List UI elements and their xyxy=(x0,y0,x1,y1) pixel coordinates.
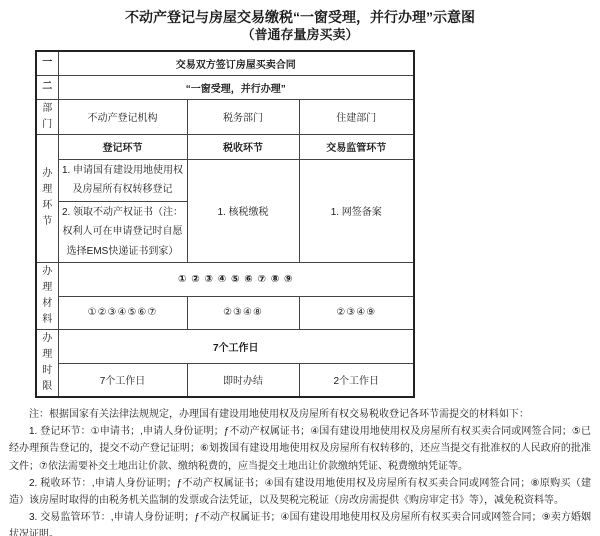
page-subtitle: （普通存量房买卖） xyxy=(0,26,600,43)
department-tax: 税务部门 xyxy=(187,99,299,134)
title-block: 不动产登记与房屋交易缴税“一窗受理，并行办理”示意图 （普通存量房买卖） xyxy=(0,0,600,43)
notes-item-registration: 1. 登记环节：①申请书；,申请人身份证明；ƒ不动产权属证书；④国有建设用地使用… xyxy=(9,423,591,475)
departments-label: 部门 xyxy=(36,99,58,134)
department-housing: 住建部门 xyxy=(299,99,414,134)
page: 不动产登记与房屋交易缴税“一窗受理，并行办理”示意图 （普通存量房买卖） 一 交… xyxy=(0,0,600,536)
notes-intro: 注：根据国家有关法律法规规定，办理国有建设用地使用权及房屋所有权交易税收登记各环… xyxy=(9,406,591,423)
materials-tax: ②③④⑧ xyxy=(187,296,299,330)
table-row-materials-shared: 办理材料 ① ② ③ ④ ⑤ ⑥ ⑦ ⑧ ⑨ xyxy=(36,263,414,297)
table-row-step-one: 一 交易双方签订房屋买卖合同 xyxy=(36,51,414,75)
page-title: 不动产登记与房屋交易缴税“一窗受理，并行办理”示意图 xyxy=(0,8,600,26)
process-table: 一 交易双方签订房屋买卖合同 二 “一窗受理，并行办理” 部门 不动产登记机构 … xyxy=(35,50,415,398)
process-header-tax: 税收环节 xyxy=(187,134,299,159)
process-label: 办理环节 xyxy=(36,134,58,263)
materials-registration: ①②③④⑤⑥⑦ xyxy=(58,296,187,330)
table-row-time-cols: 7个工作日 即时办结 2个工作日 xyxy=(36,363,414,397)
time-limit-registration: 7个工作日 xyxy=(58,363,187,397)
table-row-materials-cols: ①②③④⑤⑥⑦ ②③④⑧ ②③④⑨ xyxy=(36,296,414,330)
tax-step: 1. 核税缴税 xyxy=(187,159,299,263)
notes-item-tax: 2. 税收环节：,申请人身份证明；ƒ不动产权属证书；④国有建设用地使用权及房屋所… xyxy=(9,475,591,509)
step-two-label: 二 xyxy=(36,75,58,99)
registration-step-2: 2. 领取不动产权证书（注：权利人可在申请登记时自愿选择EMS快递证书到家） xyxy=(58,201,187,263)
notes-section: 注：根据国家有关法律法规规定，办理国有建设用地使用权及房屋所有权交易税收登记各环… xyxy=(9,406,591,536)
time-limit-label: 办理时限 xyxy=(36,330,58,398)
process-header-housing: 交易监管环节 xyxy=(299,134,414,159)
process-header-registration: 登记环节 xyxy=(58,134,187,159)
department-registration: 不动产登记机构 xyxy=(58,99,187,134)
table-row-time-shared: 办理时限 7个工作日 xyxy=(36,330,414,364)
table-row-departments: 部门 不动产登记机构 税务部门 住建部门 xyxy=(36,99,414,134)
table-row-process-headers: 办理环节 登记环节 税收环节 交易监管环节 xyxy=(36,134,414,159)
step-one-label: 一 xyxy=(36,51,58,75)
time-limit-shared: 7个工作日 xyxy=(58,330,414,364)
housing-step: 1. 网签备案 xyxy=(299,159,414,263)
materials-label: 办理材料 xyxy=(36,263,58,330)
notes-item-housing: 3. 交易监管环节：,申请人身份证明；ƒ不动产权属证书；④国有建设用地使用权及房… xyxy=(9,509,591,536)
time-limit-tax: 即时办结 xyxy=(187,363,299,397)
materials-housing: ②③④⑨ xyxy=(299,296,414,330)
table-row-process-item1: 1. 申请国有建设用地使用权及房屋所有权转移登记 1. 核税缴税 1. 网签备案 xyxy=(36,159,414,201)
time-limit-housing: 2个工作日 xyxy=(299,363,414,397)
registration-step-1: 1. 申请国有建设用地使用权及房屋所有权转移登记 xyxy=(58,159,187,201)
materials-shared: ① ② ③ ④ ⑤ ⑥ ⑦ ⑧ ⑨ xyxy=(58,263,414,297)
step-one-content: 交易双方签订房屋买卖合同 xyxy=(58,51,414,75)
table-row-step-two: 二 “一窗受理，并行办理” xyxy=(36,75,414,99)
step-two-content: “一窗受理，并行办理” xyxy=(58,75,414,99)
